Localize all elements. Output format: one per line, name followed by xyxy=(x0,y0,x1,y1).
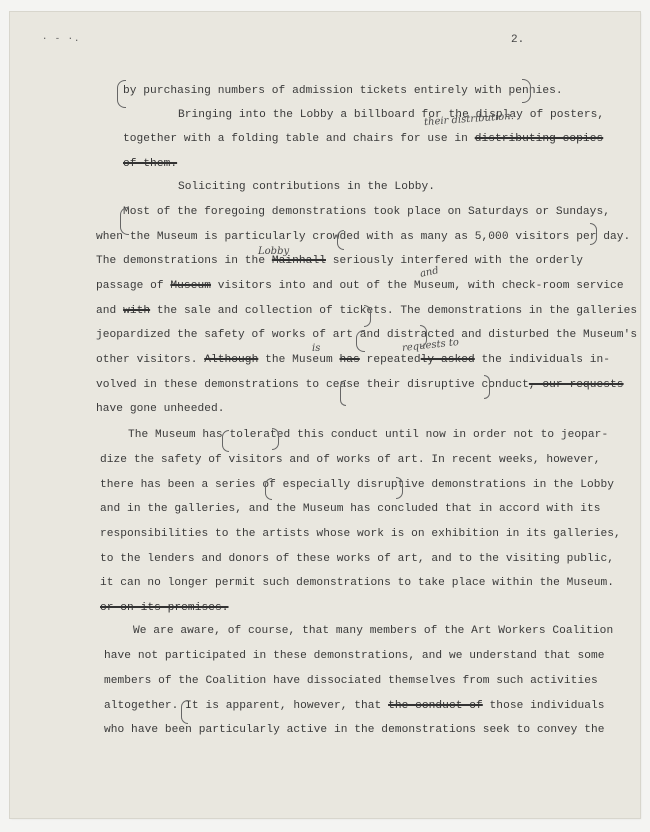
edit-bracket xyxy=(222,430,229,452)
text-line: there has been a series of especially di… xyxy=(100,479,614,491)
edit-bracket xyxy=(364,305,371,327)
text-line: other visitors. Although the Museum has … xyxy=(96,354,610,366)
text-segment: those individuals xyxy=(483,700,605,712)
edit-bracket xyxy=(181,700,188,724)
text-segment: and xyxy=(96,305,123,317)
text-segment: the individuals in- xyxy=(475,354,610,366)
text-line: together with a folding table and chairs… xyxy=(123,133,603,145)
text-segment: Bringing into the Lobby a billboard for … xyxy=(178,109,604,121)
text-line: Bringing into the Lobby a billboard for … xyxy=(178,109,604,121)
text-segment: have gone unheeded. xyxy=(96,403,225,415)
edit-bracket xyxy=(356,330,365,352)
text-segment: and in the galleries, and the Museum has… xyxy=(100,503,601,515)
text-line: altogether. It is apparent, however, tha… xyxy=(104,700,605,712)
text-segment: the Museum xyxy=(258,354,339,366)
text-line: responsibilities to the artists whose wo… xyxy=(100,528,621,540)
text-line: jeopardized the safety of works of art a… xyxy=(96,329,637,341)
text-line: The Museum has tolerated this conduct un… xyxy=(128,429,608,441)
text-line: have not participated in these demonstra… xyxy=(104,650,605,662)
edit-bracket xyxy=(484,375,490,399)
text-segment: volved in these demonstrations to cease … xyxy=(96,379,529,391)
text-line: We are aware, of course, that many membe… xyxy=(133,625,613,637)
edit-bracket xyxy=(522,79,531,103)
text-segment: The Museum has tolerated this conduct un… xyxy=(128,429,608,441)
text-segment: We are aware, of course, that many membe… xyxy=(133,625,613,637)
struck-text: the conduct of xyxy=(388,700,483,712)
text-line: dize the safety of visitors and of works… xyxy=(100,454,601,466)
edit-bracket xyxy=(420,325,427,347)
text-segment: to the lenders and donors of these works… xyxy=(100,553,614,565)
text-segment: by purchasing numbers of admission ticke… xyxy=(123,85,563,97)
edit-bracket xyxy=(265,478,272,500)
corner-marks: · - ·. xyxy=(42,34,80,44)
text-line: and in the galleries, and the Museum has… xyxy=(100,503,601,515)
struck-text: has xyxy=(340,354,360,366)
text-segment: responsibilities to the artists whose wo… xyxy=(100,528,621,540)
page-number: 2. xyxy=(511,34,524,46)
text-line: by purchasing numbers of admission ticke… xyxy=(123,85,563,97)
text-line: or on its premises. xyxy=(100,602,229,614)
edit-bracket xyxy=(340,380,346,406)
text-line: have gone unheeded. xyxy=(96,403,225,415)
text-segment: members of the Coalition have dissociate… xyxy=(104,675,598,687)
text-segment: it can no longer permit such demonstrati… xyxy=(100,577,614,589)
handwritten-note: Lobby xyxy=(258,246,289,257)
text-line: of them. xyxy=(123,158,177,170)
text-segment: Soliciting contributions in the Lobby. xyxy=(178,181,435,193)
edit-bracket xyxy=(337,230,344,250)
text-line: Most of the foregoing demonstrations too… xyxy=(123,206,610,218)
text-segment: visitors into and out of the Museum, wit… xyxy=(211,280,624,292)
struck-text: with xyxy=(123,305,150,317)
edit-bracket xyxy=(272,428,279,450)
text-segment: when the Museum is particularly crowded … xyxy=(96,231,630,243)
text-line: members of the Coalition have dissociate… xyxy=(104,675,598,687)
edit-bracket xyxy=(117,80,126,108)
text-segment: have not participated in these demonstra… xyxy=(104,650,605,662)
struck-text: Museum xyxy=(170,280,211,292)
text-line: passage of Museum visitors into and out … xyxy=(96,280,624,292)
text-segment: jeopardized the safety of works of art a… xyxy=(96,329,637,341)
edit-bracket xyxy=(120,207,129,235)
text-line: to the lenders and donors of these works… xyxy=(100,553,614,565)
struck-text: or on its premises. xyxy=(100,602,229,614)
struck-text: of them. xyxy=(123,158,177,170)
text-line: when the Museum is particularly crowded … xyxy=(96,231,630,243)
text-segment: the sale and collection of tickets. The … xyxy=(150,305,637,317)
text-segment: Most of the foregoing demonstrations too… xyxy=(123,206,610,218)
struck-text: distributing copies xyxy=(475,133,604,145)
text-line: volved in these demonstrations to cease … xyxy=(96,379,624,391)
text-line: Soliciting contributions in the Lobby. xyxy=(178,181,435,193)
text-segment: there has been a series of especially di… xyxy=(100,479,614,491)
text-line: it can no longer permit such demonstrati… xyxy=(100,577,614,589)
text-segment: other visitors. xyxy=(96,354,204,366)
text-segment: together with a folding table and chairs… xyxy=(123,133,475,145)
struck-text: ly asked xyxy=(421,354,475,366)
text-segment: dize the safety of visitors and of works… xyxy=(100,454,601,466)
text-line: The demonstrations in the Mainhall serio… xyxy=(96,255,583,267)
text-segment: who have been particularly active in the… xyxy=(104,724,605,736)
text-segment: altogether. It is apparent, however, tha… xyxy=(104,700,388,712)
text-line: who have been particularly active in the… xyxy=(104,724,605,736)
edit-bracket xyxy=(590,223,597,245)
edit-bracket xyxy=(396,477,403,499)
text-segment: seriously interfered with the orderly xyxy=(326,255,583,267)
text-segment: passage of xyxy=(96,280,170,292)
text-segment: The demonstrations in the xyxy=(96,255,272,267)
text-segment: repeated xyxy=(360,354,421,366)
struck-text: Although xyxy=(204,354,258,366)
struck-text: , our requests xyxy=(529,379,624,391)
handwritten-note: is xyxy=(312,343,320,354)
